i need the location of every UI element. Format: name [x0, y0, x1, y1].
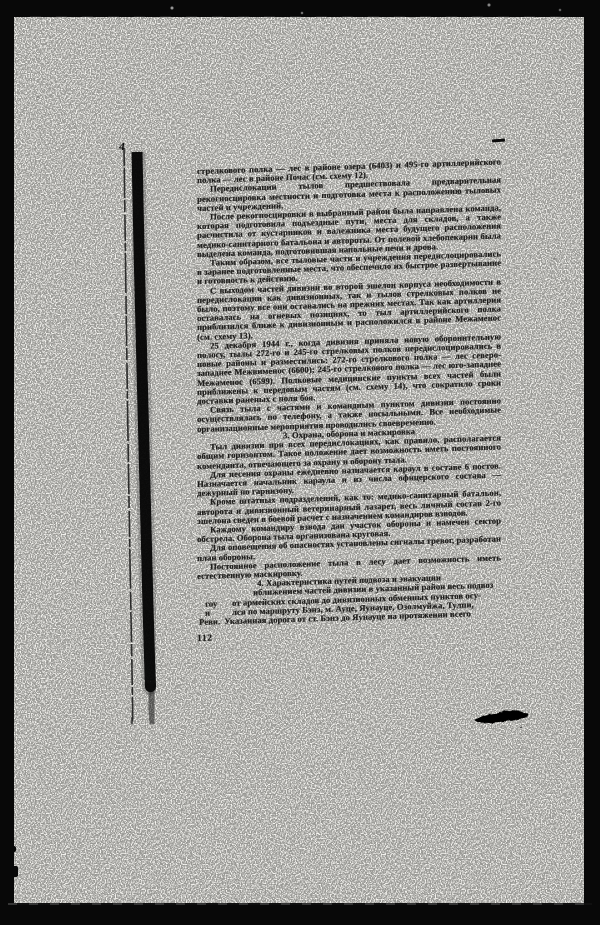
gutter-dark-band [137, 152, 151, 687]
ink-blob-artifact [472, 709, 534, 731]
margin-fragment: Реви. [197, 617, 220, 627]
scan-border-top [0, 0, 600, 17]
scan-border-left [0, 0, 14, 925]
paragraph: 25 декабря 1944 г., когда дивизия принял… [197, 332, 501, 406]
scan-border-bottom [0, 903, 600, 925]
scan-border-right [584, 0, 600, 925]
gutter-shadow-artifact [108, 136, 178, 756]
gutter-band-tail [150, 680, 153, 724]
text-column: стрелкового полка — лес в районе озера (… [197, 157, 501, 643]
handwritten-mark: 4 [118, 141, 125, 154]
scanned-document-page: 4 стрелкового полка — лес в районе озера… [0, 0, 600, 925]
